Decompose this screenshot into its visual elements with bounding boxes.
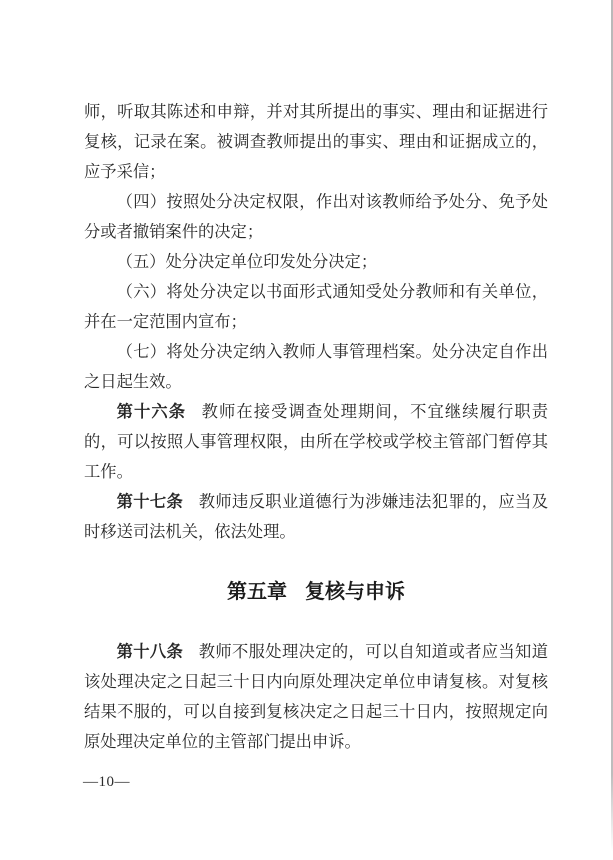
body-paragraph-item-5: （五）处分决定单位印发处分决定； [84, 247, 548, 277]
article-18-paragraph: 第十八条教师不服处理决定的，可以自知道或者应当知道该处理决定之日起三十日内向原处… [84, 637, 548, 757]
chapter-heading: 第五章复核与申诉 [84, 577, 548, 607]
body-paragraph-item-6: （六）将处分决定以书面形式通知受处分教师和有关单位，并在一定范围内宣布； [84, 277, 548, 337]
article-16-number: 第十六条 [117, 403, 187, 421]
article-16-paragraph: 第十六条教师在接受调查处理期间，不宜继续履行职责的，可以按照人事管理权限，由所在… [84, 397, 548, 487]
document-page: 师，听取其陈述和申辩，并对其所提出的事实、理由和证据进行复核，记录在案。被调查教… [0, 0, 613, 860]
document-body: 师，听取其陈述和申辩，并对其所提出的事实、理由和证据进行复核，记录在案。被调查教… [84, 97, 548, 757]
page-number: —10— [83, 772, 130, 792]
article-17-number: 第十七条 [117, 493, 184, 511]
chapter-title: 复核与申诉 [305, 581, 405, 603]
article-17-paragraph: 第十七条教师违反职业道德行为涉嫌违法犯罪的，应当及时移送司法机关，依法处理。 [84, 487, 548, 547]
chapter-number: 第五章 [227, 581, 287, 603]
body-paragraph-continuation: 师，听取其陈述和申辩，并对其所提出的事实、理由和证据进行复核，记录在案。被调查教… [84, 97, 548, 187]
article-18-number: 第十八条 [117, 643, 184, 661]
body-paragraph-item-4: （四）按照处分决定权限，作出对该教师给予处分、免予处分或者撤销案件的决定； [84, 187, 548, 247]
body-paragraph-item-7: （七）将处分决定纳入教师人事管理档案。处分决定自作出之日起生效。 [84, 337, 548, 397]
